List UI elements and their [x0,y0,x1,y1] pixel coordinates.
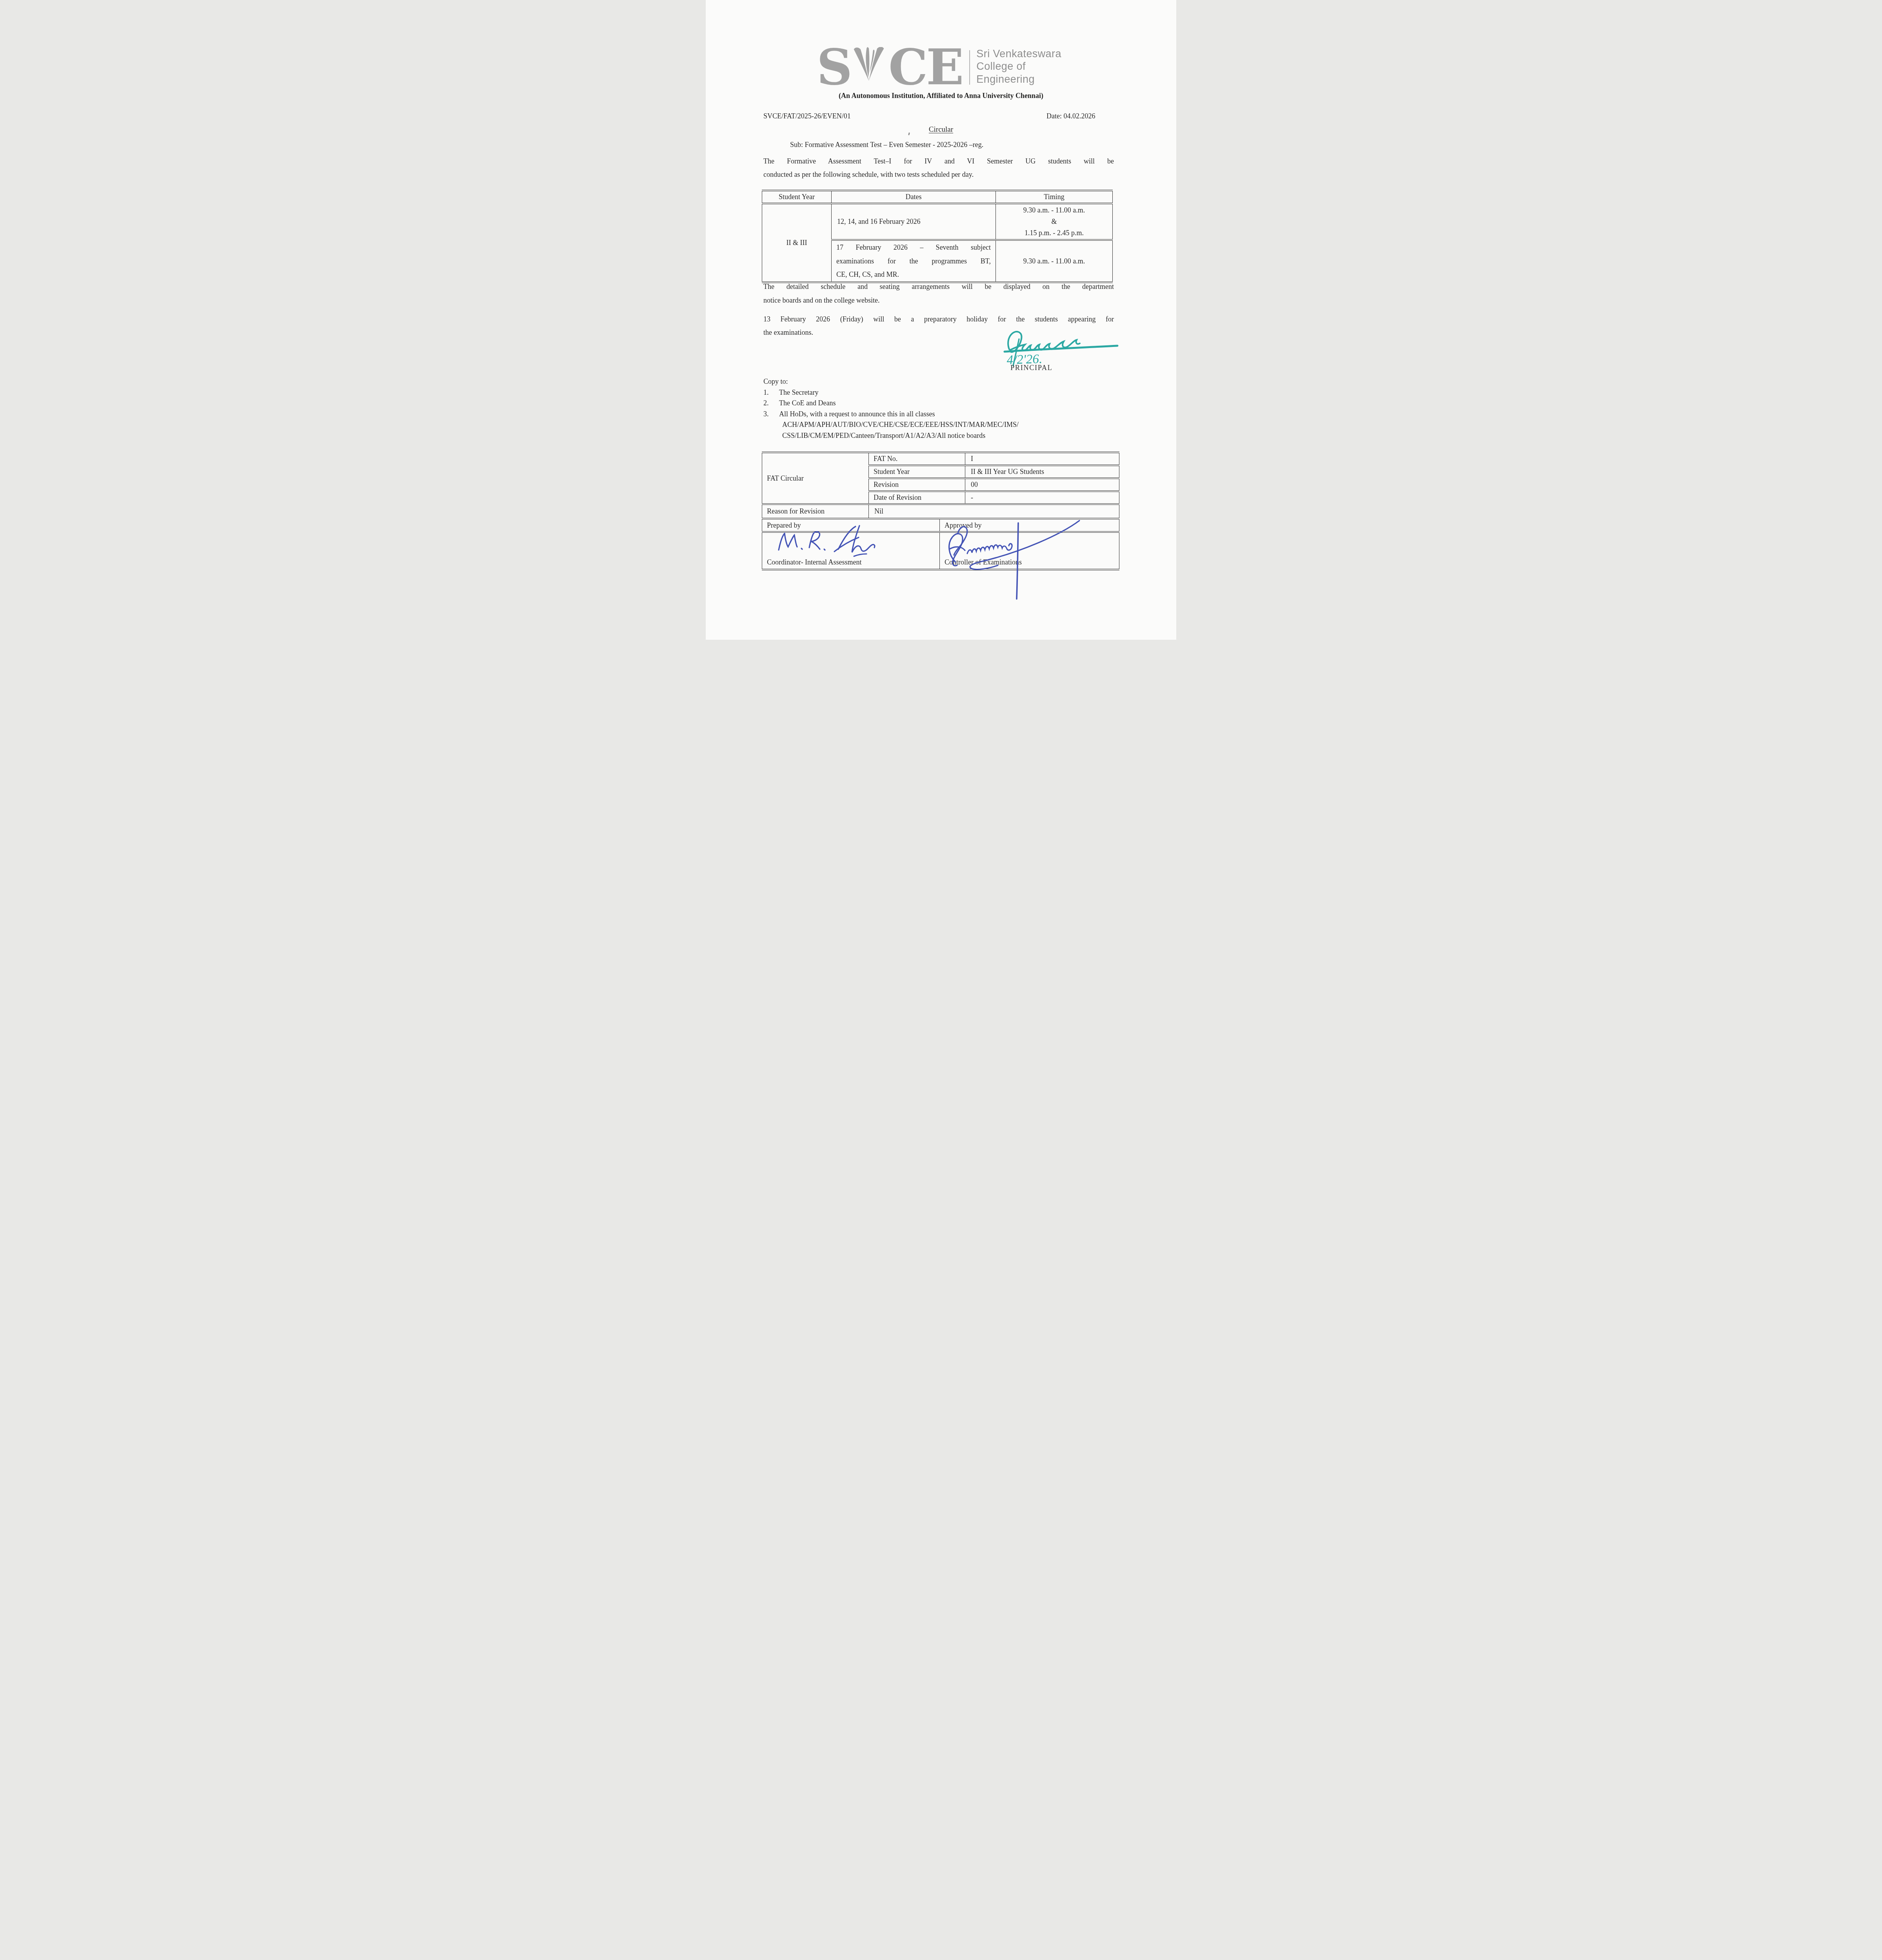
fat-no-value: I [965,452,1119,465]
coe-signature-ink [935,516,1098,605]
date-of-revision-label: Date of Revision [869,491,965,504]
principal-signature-ink: 4/2'26. [1000,327,1122,367]
student-year-value: II & III Year UG Students [965,465,1119,478]
scanned-circular-page: S CE Sri Venkateswara College of Enginee… [706,0,1176,640]
dates-line: CE, CH, CS, and MR. [836,268,991,281]
item-text: The CoE and Deans [779,399,836,407]
schedule-header-timing: Timing [996,191,1113,203]
item-number: 3. [763,409,779,420]
logo-letter-s: S [817,48,851,86]
principal-label: PRINCIPAL [1010,364,1052,372]
schedule-header-student-year: Student Year [762,191,832,203]
date-of-revision-value: - [965,491,1119,504]
college-logo: S CE Sri Venkateswara College of Enginee… [817,47,1061,86]
dept-codes-line: ACH/APM/APH/AUT/BIO/CVE/CHE/CSE/ECE/EEE/… [782,419,1019,430]
student-year-label: Student Year [869,465,965,478]
coordinator-signature-ink [772,523,897,559]
fat-no-label: FAT No. [869,452,965,465]
note-line: notice boards and on the college website… [763,294,1114,307]
schedule-student-year-cell: II & III [762,203,832,282]
college-name-line2: College of [976,60,1061,73]
logo-divider [969,50,970,85]
item-text: The Secretary [779,388,818,396]
schedule-table: Student Year Dates Timing II & III 12, 1… [762,190,1113,283]
copy-to-item: 1.The Secretary [763,387,1019,398]
copy-to-item: 3.All HoDs, with a request to announce t… [763,409,1019,420]
schedule-row2-timing-cell: 9.30 a.m. - 11.00 a.m. [996,240,1113,282]
note-line: 13 February 2026 (Friday) will be a prep… [763,312,1114,326]
subject-line: Sub: Formative Assessment Test – Even Se… [790,141,983,149]
timing-line: 9.30 a.m. - 11.00 a.m. [996,205,1112,216]
schedule-row1-dates-cell: 12, 14, and 16 February 2026 [832,203,996,240]
item-number: 1. [763,387,779,398]
dates-line: 17 February 2026 – Seventh subject [836,241,991,254]
fat-circular-cell: FAT Circular [762,452,869,504]
college-name-line1: Sri Venkateswara [976,47,1061,60]
schedule-row1-timing-cell: 9.30 a.m. - 11.00 a.m. & 1.15 p.m. - 2.4… [996,203,1113,240]
intro-line: conducted as per the following schedule,… [763,168,1114,181]
reference-number: SVCE/FAT/2025-26/EVEN/01 [763,112,851,120]
college-name-line3: Engineering [976,73,1061,85]
schedule-row-1: II & III 12, 14, and 16 February 2026 9.… [762,203,1113,240]
note-line: The detailed schedule and seating arrang… [763,280,1114,294]
intro-line: The Formative Assessment Test–I for IV a… [763,154,1114,168]
schedule-header-row: Student Year Dates Timing [762,191,1113,203]
document-date: Date: 04.02.2026 [1046,112,1095,120]
intro-paragraph: The Formative Assessment Test–I for IV a… [763,154,1114,181]
schedule-header-dates: Dates [832,191,996,203]
copy-to-item: 2.The CoE and Deans [763,398,1019,409]
reason-label: Reason for Revision [762,504,869,519]
revision-value: 00 [965,478,1119,491]
leaf-v-icon [850,47,888,83]
schedule-row2-dates-cell: 17 February 2026 – Seventh subject exami… [832,240,996,282]
dept-codes-line: CSS/LIB/CM/EM/PED/Canteen/Transport/A1/A… [782,430,1019,441]
logo-letters-ce: CE [888,48,962,86]
timing-line: 1.15 p.m. - 2.45 p.m. [996,227,1112,239]
college-name: Sri Venkateswara College of Engineering [976,47,1061,86]
affiliation-line: (An Autonomous Institution, Affiliated t… [706,92,1176,100]
revision-row: FAT Circular FAT No. I [762,452,1119,465]
revision-label: Revision [869,478,965,491]
document-title: Circular [706,125,1176,134]
item-number: 2. [763,398,779,409]
copy-to-section: Copy to: 1.The Secretary 2.The CoE and D… [763,376,1019,441]
timing-line: & [996,216,1112,227]
copy-to-label: Copy to: [763,376,1019,387]
item-text: All HoDs, with a request to announce thi… [779,410,935,418]
schedule-note: The detailed schedule and seating arrang… [763,280,1114,307]
dates-line: examinations for the programmes BT, [836,254,991,268]
